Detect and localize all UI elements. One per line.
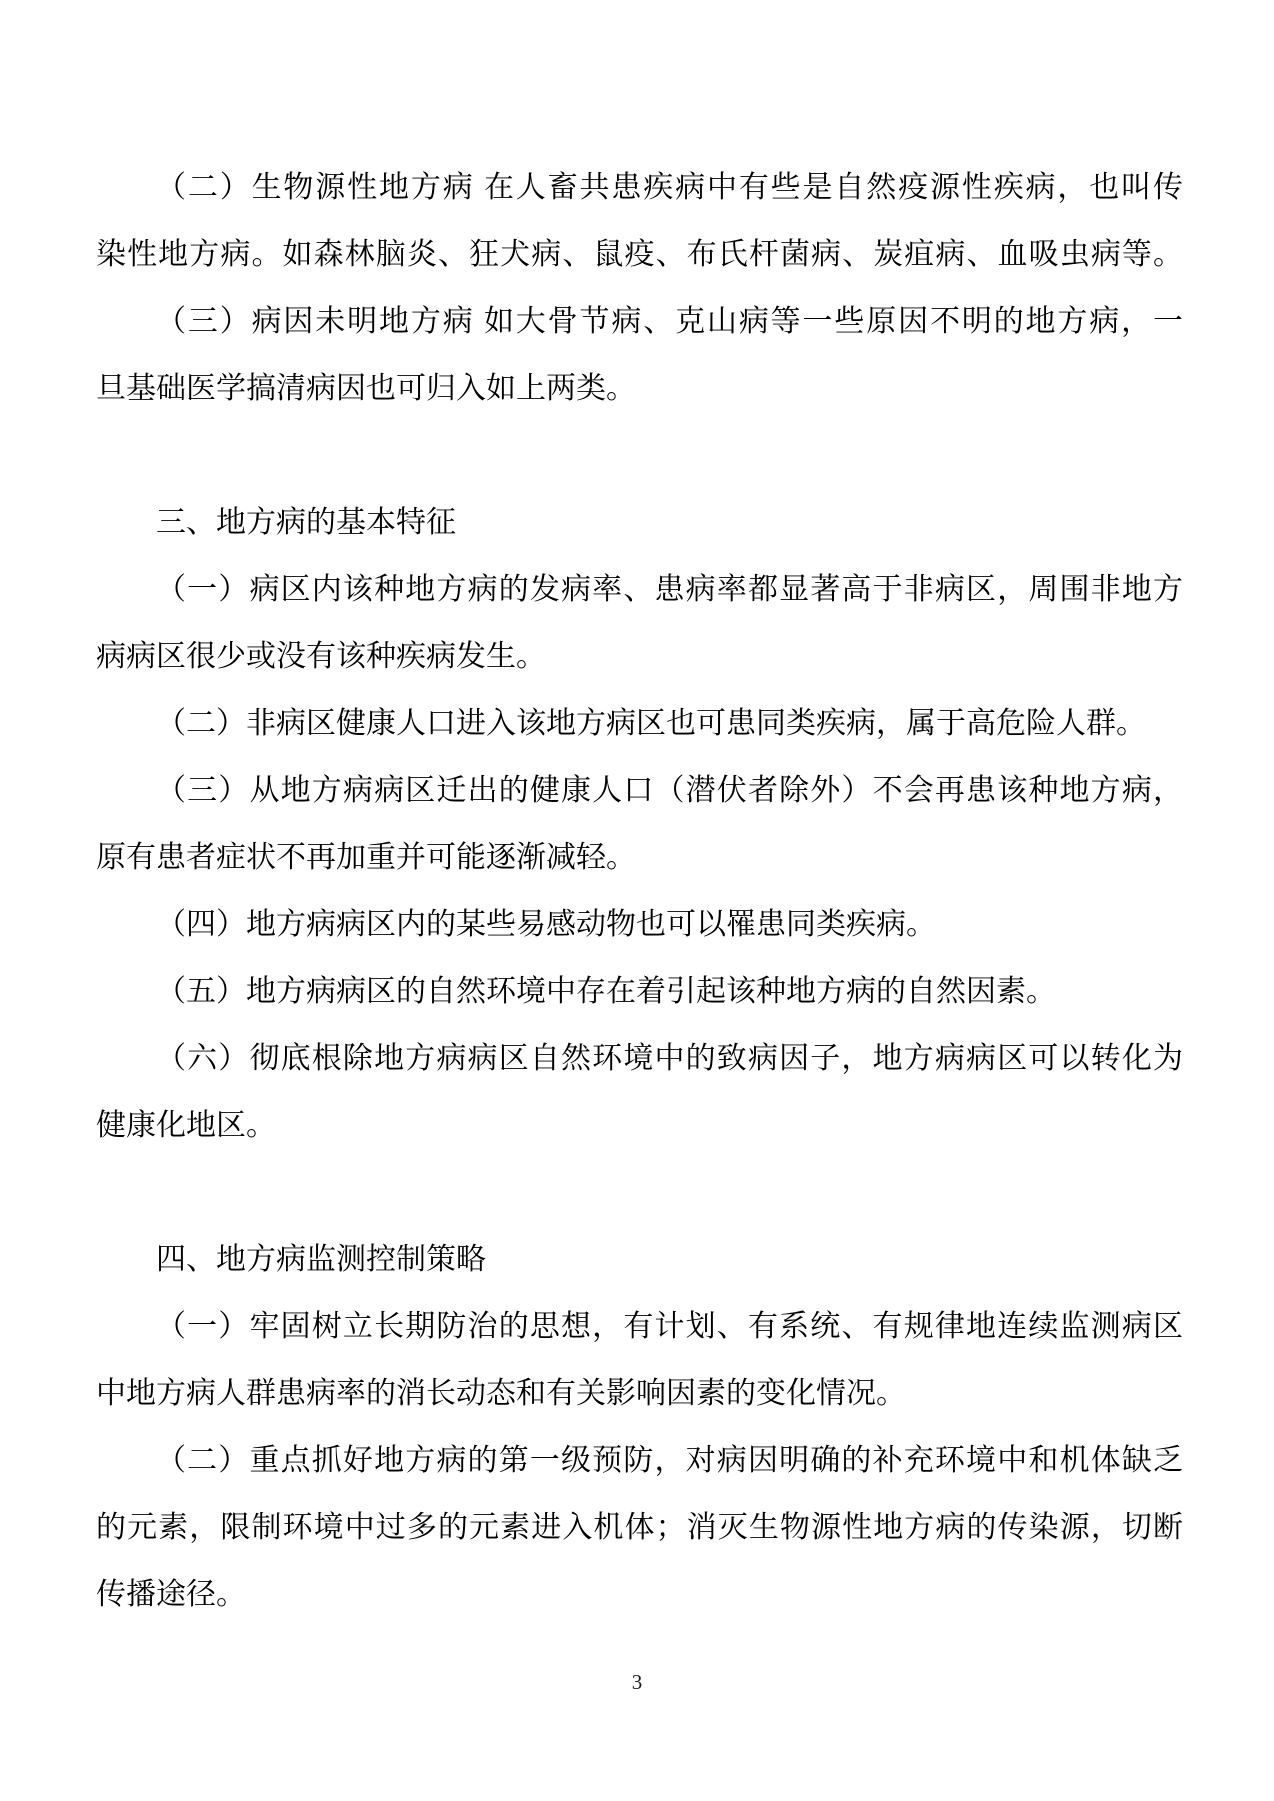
- document-page: （二）生物源性地方病 在人畜共患疾病中有些是自然疫源性疾病，也叫传 染性地方病。…: [0, 0, 1274, 1801]
- paragraph-line: （二）非病区健康人口进入该地方病区也可患同类疾病，属于高危险人群。: [96, 690, 1183, 757]
- paragraph-line: 原有患者症状不再加重并可能逐渐减轻。: [96, 824, 1183, 891]
- paragraph-line: （一）病区内该种地方病的发病率、患病率都显著高于非病区，周围非地方: [96, 556, 1183, 623]
- paragraph-line: 染性地方病。如森林脑炎、狂犬病、鼠疫、布氏杆菌病、炭疽病、血吸虫病等。: [96, 221, 1183, 288]
- paragraph-line: 病病区很少或没有该种疾病发生。: [96, 623, 1183, 690]
- paragraph-line: 传播途径。: [96, 1561, 1183, 1628]
- paragraph-line: 的元素，限制环境中过多的元素进入机体；消灭生物源性地方病的传染源，切断: [96, 1494, 1183, 1561]
- paragraph-line: （四）地方病病区内的某些易感动物也可以罹患同类疾病。: [96, 891, 1183, 958]
- document-body: （二）生物源性地方病 在人畜共患疾病中有些是自然疫源性疾病，也叫传 染性地方病。…: [96, 154, 1183, 1628]
- paragraph-line: （三）从地方病病区迁出的健康人口（潜伏者除外）不会再患该种地方病，: [96, 757, 1183, 824]
- paragraph-line: （五）地方病病区的自然环境中存在着引起该种地方病的自然因素。: [96, 958, 1183, 1025]
- paragraph-line: 旦基础医学搞清病因也可归入如上两类。: [96, 355, 1183, 422]
- paragraph-line: 健康化地区。: [96, 1092, 1183, 1159]
- paragraph-line: （一）牢固树立长期防治的思想，有计划、有系统、有规律地连续监测病区: [96, 1293, 1183, 1360]
- paragraph-line: （三）病因未明地方病 如大骨节病、克山病等一些原因不明的地方病，一: [96, 288, 1183, 355]
- page-number: 3: [0, 1668, 1274, 1696]
- section-heading: 三、地方病的基本特征: [96, 489, 1183, 556]
- section-heading: 四、地方病监测控制策略: [96, 1226, 1183, 1293]
- paragraph-line: （二）生物源性地方病 在人畜共患疾病中有些是自然疫源性疾病，也叫传: [96, 154, 1183, 221]
- paragraph-line: 中地方病人群患病率的消长动态和有关影响因素的变化情况。: [96, 1360, 1183, 1427]
- paragraph-line: （二）重点抓好地方病的第一级预防，对病因明确的补充环境中和机体缺乏: [96, 1427, 1183, 1494]
- paragraph-line: （六）彻底根除地方病病区自然环境中的致病因子，地方病病区可以转化为: [96, 1025, 1183, 1092]
